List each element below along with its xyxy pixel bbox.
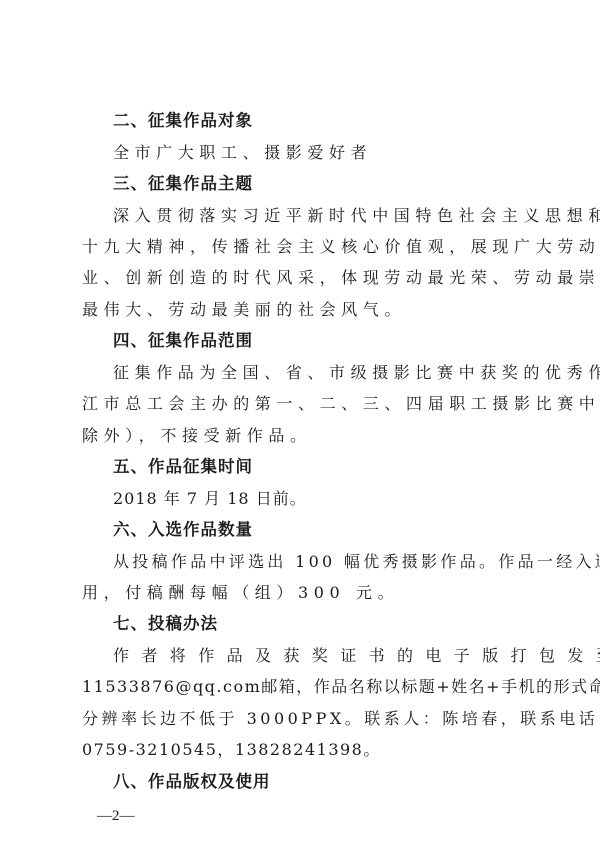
section-heading-2: 二、征集作品对象 <box>113 111 522 131</box>
paragraph-line: 分辨率长边不低于 3000PPX。联系人：陈培春，联系电话： <box>82 709 522 729</box>
paragraph-line: 最伟大、劳动最美丽的社会风气。 <box>82 300 522 320</box>
paragraph-line: 征集作品为全国、省、市级摄影比赛中获奖的优秀作品（湛 <box>113 363 522 383</box>
document-page: 二、征集作品对象 全市广大职工、摄影爱好者 三、征集作品主题 深入贯彻落实习近平… <box>0 0 600 849</box>
paragraph-line: 江市总工会主办的第一、二、三、四届职工摄影比赛中获奖作品 <box>82 394 522 414</box>
section-heading-8: 八、作品版权及使用 <box>113 772 522 792</box>
paragraph-line: 深入贯彻落实习近平新时代中国特色社会主义思想和党的 <box>113 206 522 226</box>
paragraph-line: 2018 年 7 月 18 日前。 <box>113 489 522 509</box>
section-heading-4: 四、征集作品范围 <box>113 331 522 351</box>
page-number: —2— <box>97 808 135 825</box>
paragraph-line: 从投稿作品中评选出 100 幅优秀摄影作品。作品一经入选采 <box>113 552 522 572</box>
paragraph-line: 用，付稿酬每幅（组）300 元。 <box>82 583 522 603</box>
paragraph-line: 除外），不接受新作品。 <box>82 426 522 446</box>
paragraph-line: 全市广大职工、摄影爱好者 <box>113 143 522 163</box>
paragraph-line: 0759-3210545，13828241398。 <box>82 740 522 760</box>
paragraph-line: 11533876@qq.com邮箱，作品名称以标题+姓名+手机的形式命名， <box>82 677 522 697</box>
section-heading-3: 三、征集作品主题 <box>113 174 522 194</box>
section-heading-7: 七、投稿办法 <box>113 614 522 634</box>
section-heading-5: 五、作品征集时间 <box>113 457 522 477</box>
section-heading-6: 六、入选作品数量 <box>113 520 522 540</box>
paragraph-line: 作者将作品及获奖证书的电子版打包发至 <box>113 646 522 666</box>
paragraph-line: 十九大精神，传播社会主义核心价值观，展现广大劳动者爱岗敬 <box>82 237 522 257</box>
paragraph-line: 业、创新创造的时代风采，体现劳动最光荣、劳动最崇高、劳动 <box>82 268 522 288</box>
